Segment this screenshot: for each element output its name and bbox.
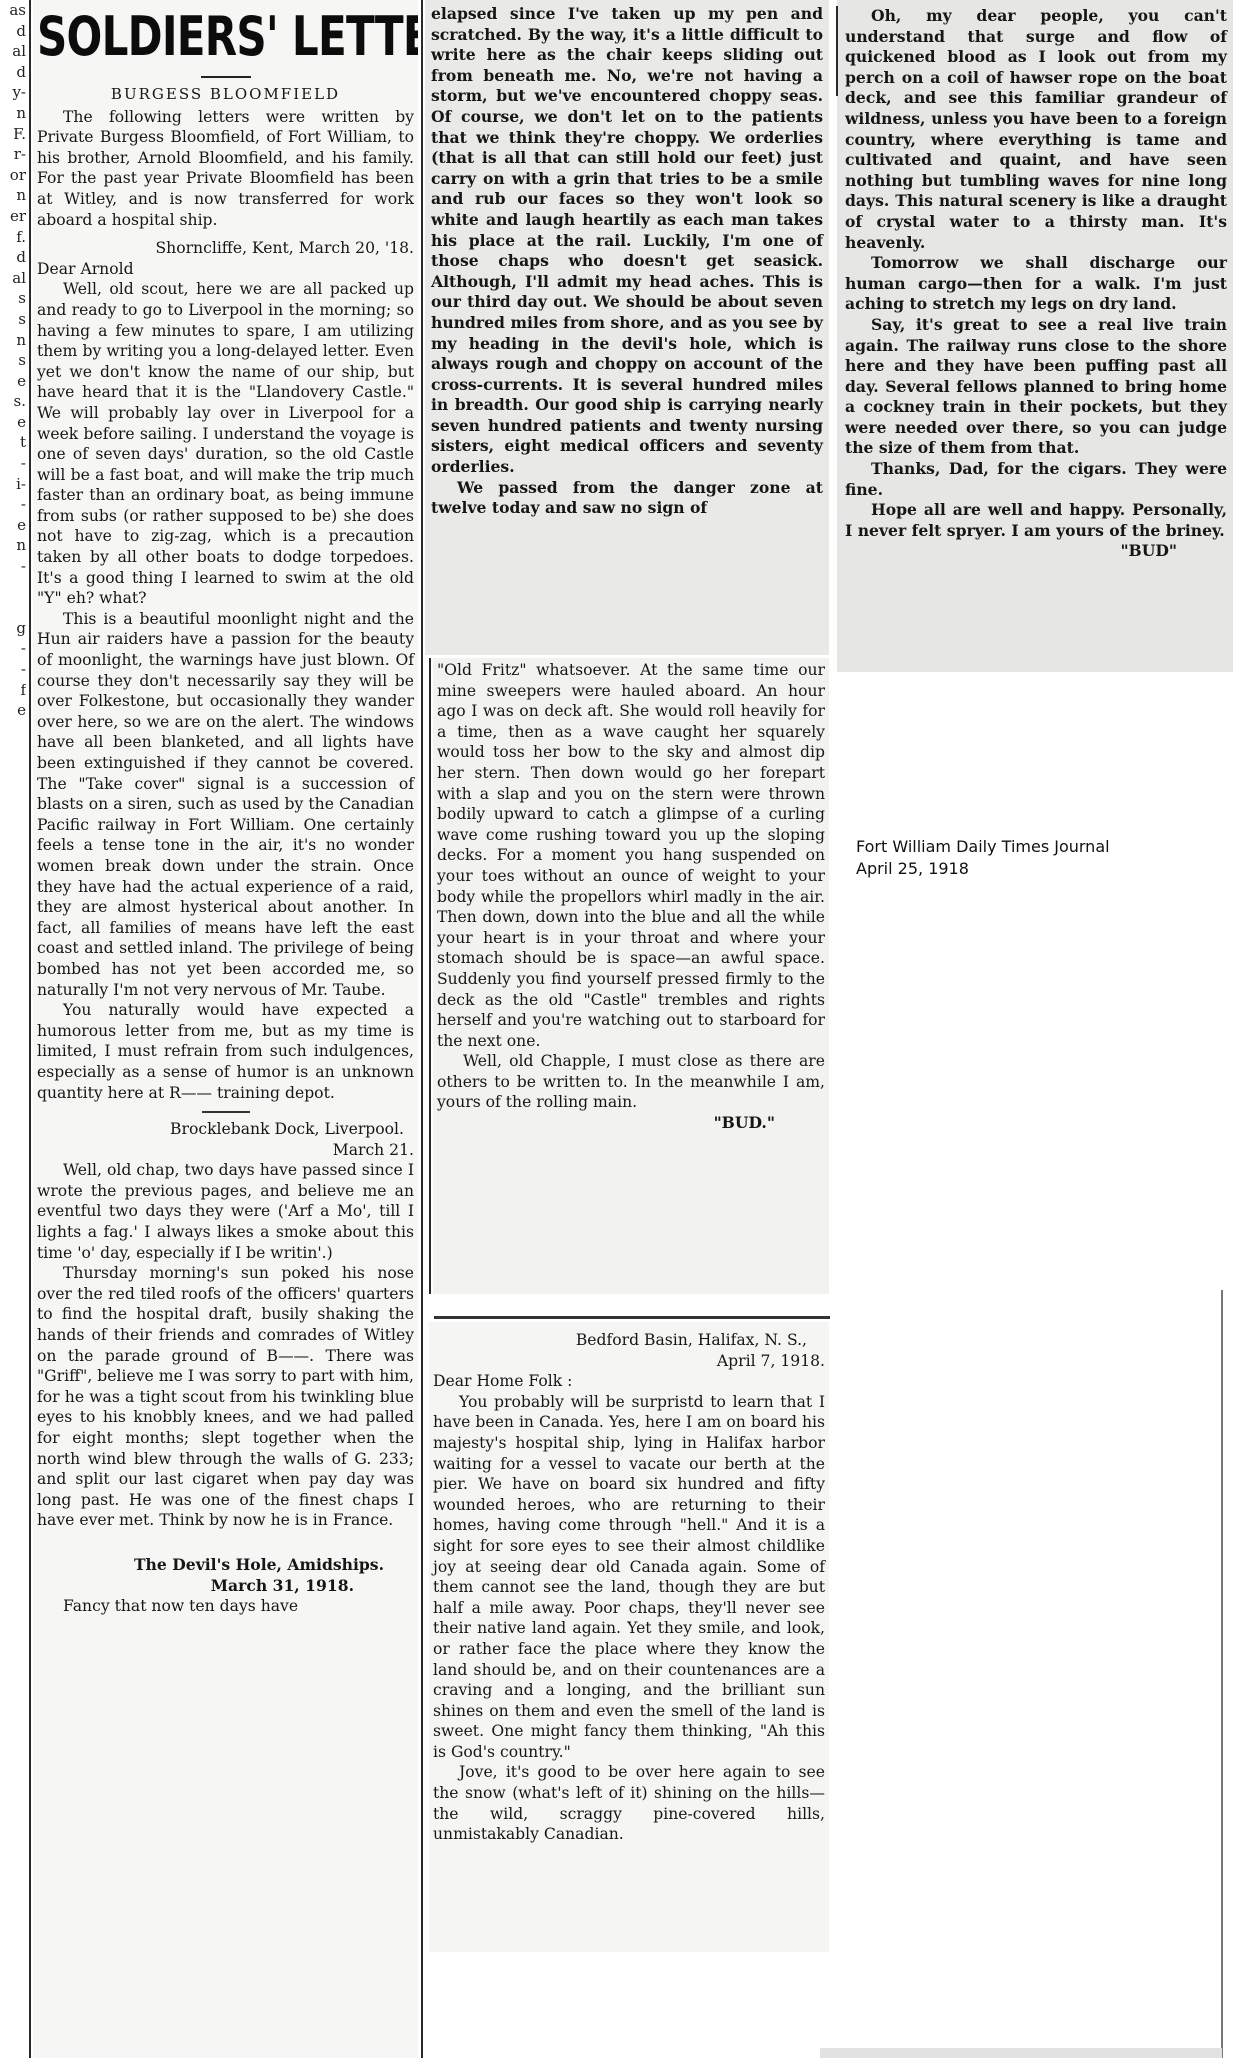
clipping-column-3: Oh, my dear people, you can't understand… [837,0,1233,672]
neighbor-fragment: n [0,103,26,124]
letter3-paragraph-fritz: "Old Fritz" whatsoever. At the same time… [437,660,825,1051]
neighbor-fragment: e [0,515,26,536]
letter1-dateline: Shorncliffe, Kent, March 20, '18. [37,238,414,259]
letter2-paragraph-1: Well, old chap, two days have passed sin… [37,1160,414,1263]
neighbor-fragment: s. [0,391,26,412]
clipping-column-2b: "Old Fritz" whatsoever. At the same time… [433,658,829,1294]
letter2-dateline-date: March 21. [37,1140,414,1161]
neighbor-fragment: n [0,185,26,206]
neighbor-fragment: or [0,165,26,186]
letter4-dateline-place: Bedford Basin, Halifax, N. S., [433,1330,825,1351]
neighbor-fragment: d [0,21,26,42]
letter1-paragraph-1: Well, old scout, here we are all packed … [37,279,414,609]
letter4-paragraph-2: Jove, it's good to be over here again to… [433,1762,825,1844]
letter3-danger-zone: We passed from the danger zone at twelve… [431,478,823,519]
letter-separator [202,1111,250,1113]
letter4-salutation: Dear Home Folk : [433,1371,825,1392]
neighbor-fragment: e [0,412,26,433]
clipping-column-2a: elapsed since I've taken up my pen and s… [425,0,829,655]
column-rule-middle [421,0,423,2058]
signature-bud-2: "BUD" [845,541,1227,562]
neighbor-fragment: n [0,330,26,351]
clipping-column-2c: Bedford Basin, Halifax, N. S., April 7, … [429,1322,829,1952]
right-border-line [1221,1290,1223,2058]
neighbor-fragment: g [0,618,26,639]
letter2-dateline-place: Brocklebank Dock, Liverpool. [37,1119,414,1140]
letter3-dateline-date: March 31, 1918. [37,1576,414,1597]
neighbor-fragment: er [0,206,26,227]
col3-paragraph-2: Tomorrow we shall discharge our human ca… [845,253,1227,315]
neighbor-fragment: - [0,494,26,515]
neighbor-fragment: n [0,535,26,556]
neighbor-fragment: - [0,556,26,577]
letter3-dateline-place: The Devil's Hole, Amidships. [37,1555,414,1576]
neighbor-fragment: e [0,371,26,392]
letter4-paragraph-1: You probably will be surpristd to learn … [433,1392,825,1763]
column-rule-left [29,0,31,2058]
neighbor-fragment: i- [0,474,26,495]
neighbor-fragment: F. [0,124,26,145]
column-rule-right [836,6,838,96]
neighbor-fragment: as [0,0,26,21]
neighbor-fragment [0,597,26,618]
neighbor-fragment: s [0,288,26,309]
neighbor-fragment: d [0,62,26,83]
letter2-paragraph-2: Thursday morning's sun poked his nose ov… [37,1263,414,1531]
neighbor-fragment: al [0,41,26,62]
caption-publication: Fort William Daily Times Journal [856,836,1110,858]
letter4-dateline-date: April 7, 1918. [433,1351,825,1372]
neighbor-column-fragments: asdaldy-nF.r-ornerf.dalssnses.et-i--en- … [0,0,26,1000]
letter1-paragraph-3: You naturally would have expected a humo… [37,1000,414,1103]
neighbor-fragment: al [0,268,26,289]
neighbor-fragment: - [0,453,26,474]
headline-rule [201,76,251,78]
neighbor-fragment: s [0,309,26,330]
neighbor-fragment: f [0,680,26,701]
neighbor-fragment: - [0,659,26,680]
bottom-edge-noise [820,2048,1222,2058]
clipping-column-1: SOLDIERS' LETTERS BURGESS BLOOMFIELD The… [33,0,418,2058]
neighbor-fragment: r- [0,144,26,165]
letter3-start: Fancy that now ten days have [37,1596,414,1617]
col3-paragraph-1: Oh, my dear people, you can't understand… [845,6,1227,253]
neighbor-fragment [0,577,26,598]
neighbor-fragment: d [0,247,26,268]
subhead: BURGESS BLOOMFIELD [37,84,414,105]
headline: SOLDIERS' LETTERS [37,6,331,68]
col3-paragraph-3: Say, it's great to see a real live train… [845,315,1227,459]
neighbor-fragment: e [0,700,26,721]
letter3-closing: Well, old Chapple, I must close as there… [437,1051,825,1113]
letter1-salutation: Dear Arnold [37,259,414,280]
caption-date: April 25, 1918 [856,858,1110,880]
letter3-continued: elapsed since I've taken up my pen and s… [431,4,823,478]
col3-paragraph-5: Hope all are well and happy. Personally,… [845,500,1227,541]
column-rule-middle-b [429,658,431,1294]
neighbor-fragment: t [0,432,26,453]
signature-bud-1: "BUD." [437,1113,825,1134]
neighbor-fragment: - [0,638,26,659]
neighbor-fragment: s [0,350,26,371]
neighbor-fragment: f. [0,227,26,248]
letter1-paragraph-2: This is a beautiful moonlight night and … [37,609,414,1000]
neighbor-fragment: y- [0,82,26,103]
horizontal-rule-bud [434,1316,830,1319]
col3-paragraph-4: Thanks, Dad, for the cigars. They were f… [845,459,1227,500]
source-caption: Fort William Daily Times Journal April 2… [856,836,1110,880]
intro-paragraph: The following letters were written by Pr… [37,107,414,231]
